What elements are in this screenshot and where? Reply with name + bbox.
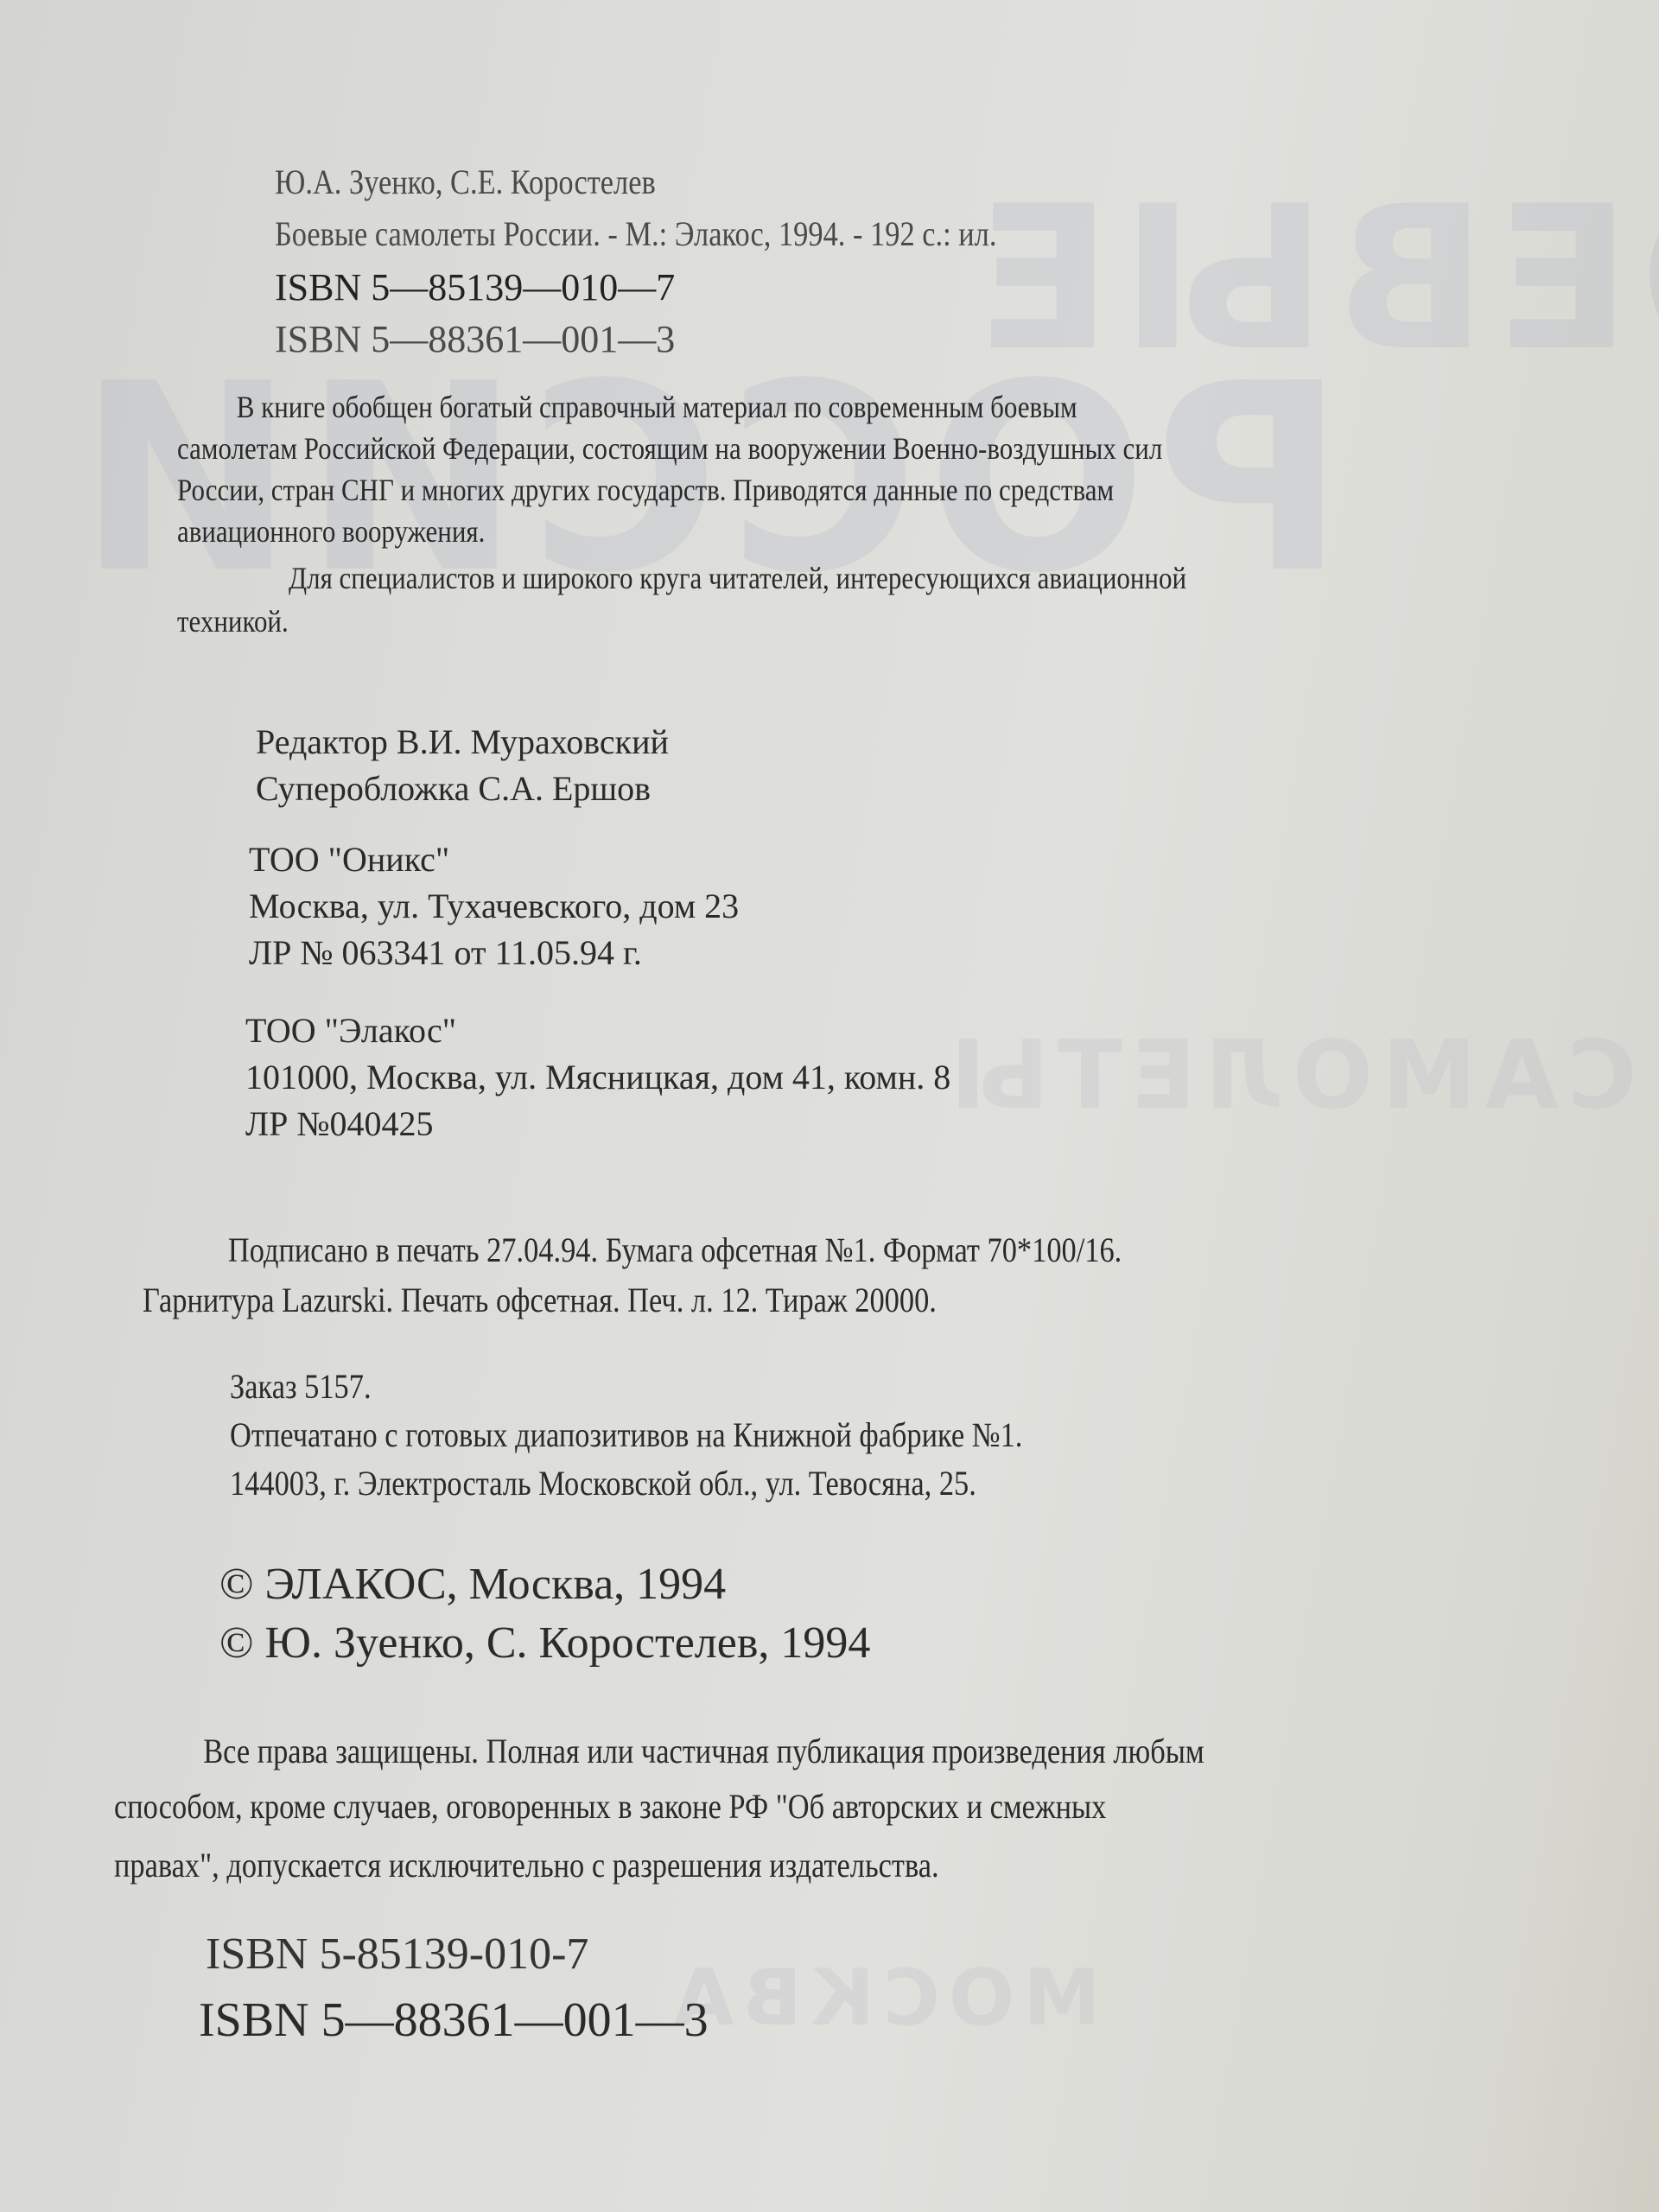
rights-line: Все права защищены. Полная или частичная… <box>114 1728 1205 1775</box>
publisher-oniks: ТОО "Оникс" Москва, ул. Тухачевского, до… <box>249 836 739 976</box>
rights-line: способом, кроме случаев, оговоренных в з… <box>114 1783 1205 1830</box>
printing-line: Гарнитура Lazurski. Печать офсетная. Печ… <box>143 1277 1122 1324</box>
annotation-line: В книге обобщен богатый справочный матер… <box>177 387 1186 427</box>
isbn-secondary: ISBN 5—88361—001—3 <box>199 1989 709 2051</box>
publisher-name: ТОО "Оникс" <box>249 836 739 883</box>
order-number: Заказ 5157. <box>230 1363 1022 1410</box>
footer-isbn: ISBN 5-85139-010-7 ISBN 5—88361—001—3 <box>206 1925 709 2051</box>
copyright-publisher: © ЭЛАКОС, Москва, 1994 <box>219 1555 870 1614</box>
annotation-line: России, стран СНГ и многих других госуда… <box>177 470 1186 510</box>
book-title-line: Боевые самолеты России. - М.: Элакос, 19… <box>275 211 996 257</box>
audience-line: техникой. <box>177 601 1186 641</box>
credits: Редактор В.И. Мураховский Суперобложка С… <box>256 719 669 812</box>
isbn-secondary: ISBN 5—88361—001—3 <box>275 315 1114 365</box>
publisher-license: ЛР №040425 <box>245 1101 950 1147</box>
bleed-through-text: МОСКВА <box>665 1953 1101 2044</box>
editor-credit: Редактор В.И. Мураховский <box>256 719 669 766</box>
publisher-address: 101000, Москва, ул. Мясницкая, дом 41, к… <box>245 1054 950 1101</box>
cover-credit: Суперобложка С.А. Ершов <box>256 766 669 812</box>
annotation-line: авиационного вооружения. <box>177 512 1186 551</box>
publisher-license: ЛР № 063341 от 11.05.94 г. <box>249 930 739 976</box>
publisher-name: ТОО "Элакос" <box>245 1007 950 1054</box>
bleed-through-text: САМОЛЕТЫ <box>942 1020 1637 1130</box>
printer-address: 144003, г. Электросталь Московской обл.,… <box>230 1460 1022 1507</box>
annotation-line: самолетам Российской Федерации, состоящи… <box>177 429 1186 468</box>
copyright-authors: © Ю. Зуенко, С. Коростелев, 1994 <box>219 1614 870 1673</box>
rights-line: правах", допускается исключительно с раз… <box>114 1842 1205 1889</box>
audience-line: Для специалистов и широкого круга читате… <box>177 558 1186 598</box>
annotation: В книге обобщен богатый справочный матер… <box>177 387 1351 641</box>
rights-notice: Все права защищены. Полная или частичная… <box>114 1728 1382 1889</box>
publisher-address: Москва, ул. Тухачевского, дом 23 <box>249 883 739 930</box>
isbn-primary: ISBN 5-85139-010-7 <box>206 1925 709 1984</box>
order-details: Заказ 5157. Отпечатано с готовых диапози… <box>230 1363 1152 1507</box>
printer-name: Отпечатано с готовых диапозитивов на Кни… <box>230 1412 1022 1459</box>
bibliographic-record: Ю.А. Зуенко, С.Е. Коростелев Боевые само… <box>275 159 1114 365</box>
copyright: © ЭЛАКОС, Москва, 1994 © Ю. Зуенко, С. К… <box>219 1555 870 1673</box>
isbn-primary: ISBN 5—85139—010—7 <box>275 263 1114 313</box>
authors: Ю.А. Зуенко, С.Е. Коростелев <box>275 159 996 206</box>
printing-details: Подписано в печать 27.04.94. Бумага офсе… <box>143 1227 1281 1324</box>
printing-line: Подписано в печать 27.04.94. Бумага офсе… <box>143 1227 1122 1274</box>
publisher-elakos: ТОО "Элакос" 101000, Москва, ул. Мясницк… <box>245 1007 950 1147</box>
